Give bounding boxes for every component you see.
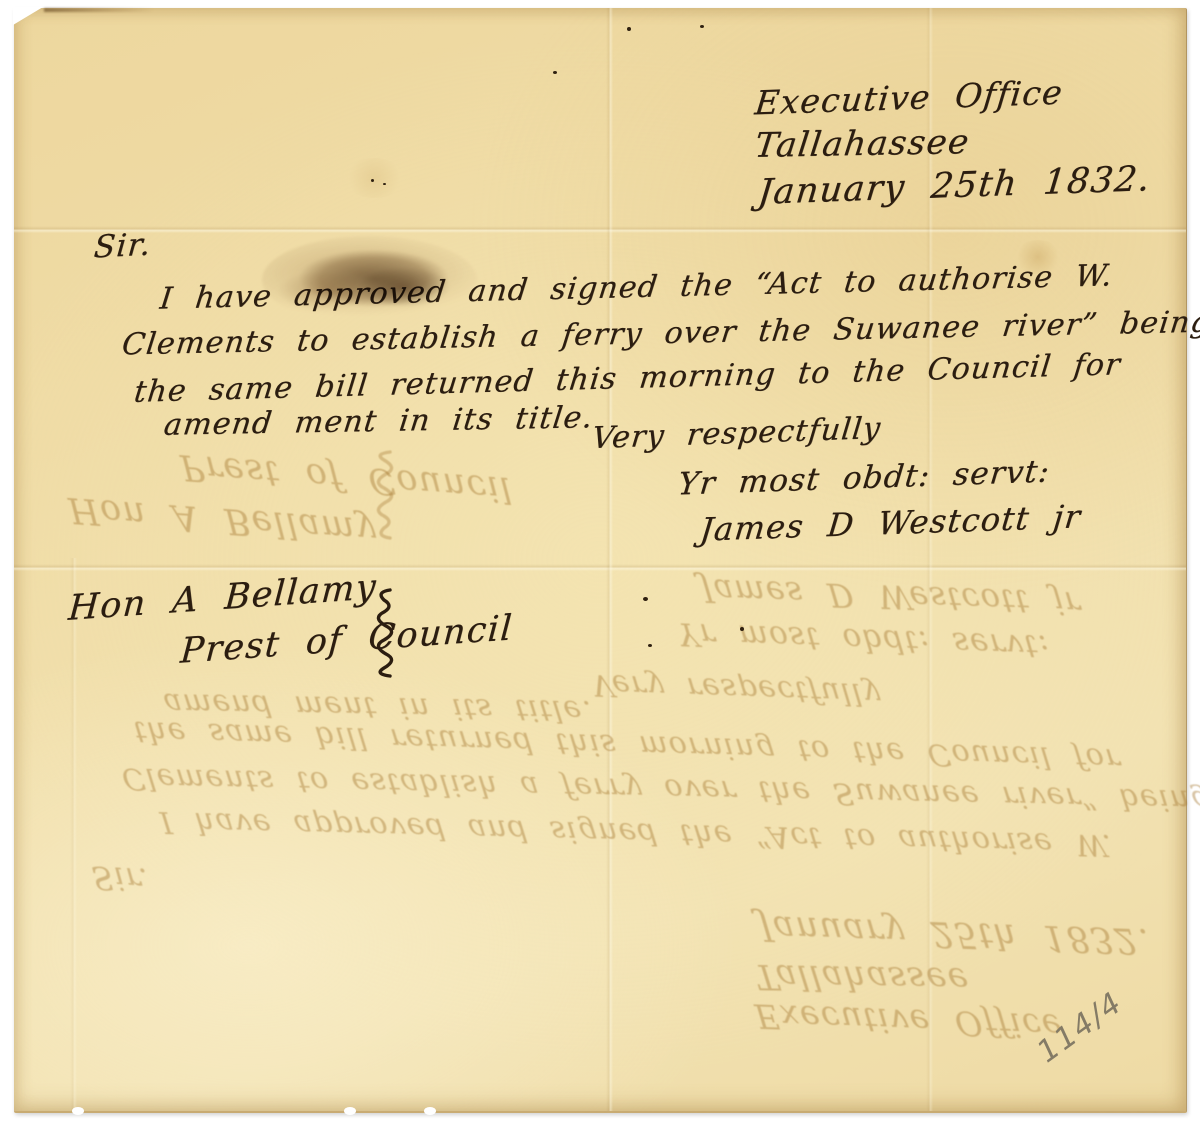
closing-respectfully: Very respectfully <box>590 411 883 456</box>
closing-servant: Yr most obdt: servt: <box>676 453 1052 502</box>
letterhead-office: Executive Office <box>753 73 1065 123</box>
ghost-letterhead-date: January 25th 1832. <box>756 907 1153 961</box>
ink-speck <box>383 183 386 185</box>
bottom-edge-notch <box>424 1107 436 1115</box>
ghost-letterhead-place: Tallahassee <box>753 956 972 1000</box>
top-edge-smear <box>44 8 154 12</box>
fold-crease-horizontal-upper <box>14 226 1186 233</box>
torn-corner <box>13 7 43 25</box>
fold-crease-vertical-left <box>70 558 77 1111</box>
signature: James D Westcott jr <box>698 497 1083 548</box>
fold-crease-vertical-center <box>606 8 613 1111</box>
ink-speck <box>740 627 744 631</box>
addressee-title: Prest of Council <box>179 608 514 672</box>
letter-paper: Executive Office Tallahassee January 25t… <box>14 8 1187 1113</box>
ink-speck <box>627 27 631 31</box>
ghost-signature: James D Westcott jr <box>698 571 1083 622</box>
paper-stain <box>344 158 404 198</box>
letterhead-date: January 25th 1832. <box>756 159 1153 213</box>
body-line-4: amend ment in its title. <box>162 400 596 443</box>
ink-speck <box>700 25 704 28</box>
ghost-salutation: Sir. <box>90 858 150 897</box>
ink-speck <box>371 179 374 182</box>
ghost-addressee-name: Hon A Bellamy <box>67 489 378 551</box>
fold-crease-horizontal-main <box>14 564 1186 571</box>
ghost-letterhead-office: Executive Office <box>753 997 1065 1047</box>
bottom-edge-notch <box>72 1107 84 1115</box>
ghost-closing-servant: Yr most obdt: servt: <box>676 615 1052 664</box>
salutation: Sir. <box>92 226 152 265</box>
bottom-edge-notch <box>344 1107 356 1115</box>
scanned-letter-photo: Executive Office Tallahassee January 25t… <box>0 0 1200 1136</box>
letterhead-place: Tallahassee <box>753 122 972 166</box>
ghost-brace-flourish-icon <box>350 450 404 542</box>
ink-speck <box>643 597 648 601</box>
brace-flourish-icon <box>350 586 404 678</box>
addressee-name: Hon A Bellamy <box>67 567 378 629</box>
ink-blot-smudge <box>262 236 477 324</box>
ink-speck <box>553 71 557 74</box>
ink-speck <box>648 644 652 647</box>
ghost-closing-respectfully: Very respectfully <box>590 667 883 712</box>
